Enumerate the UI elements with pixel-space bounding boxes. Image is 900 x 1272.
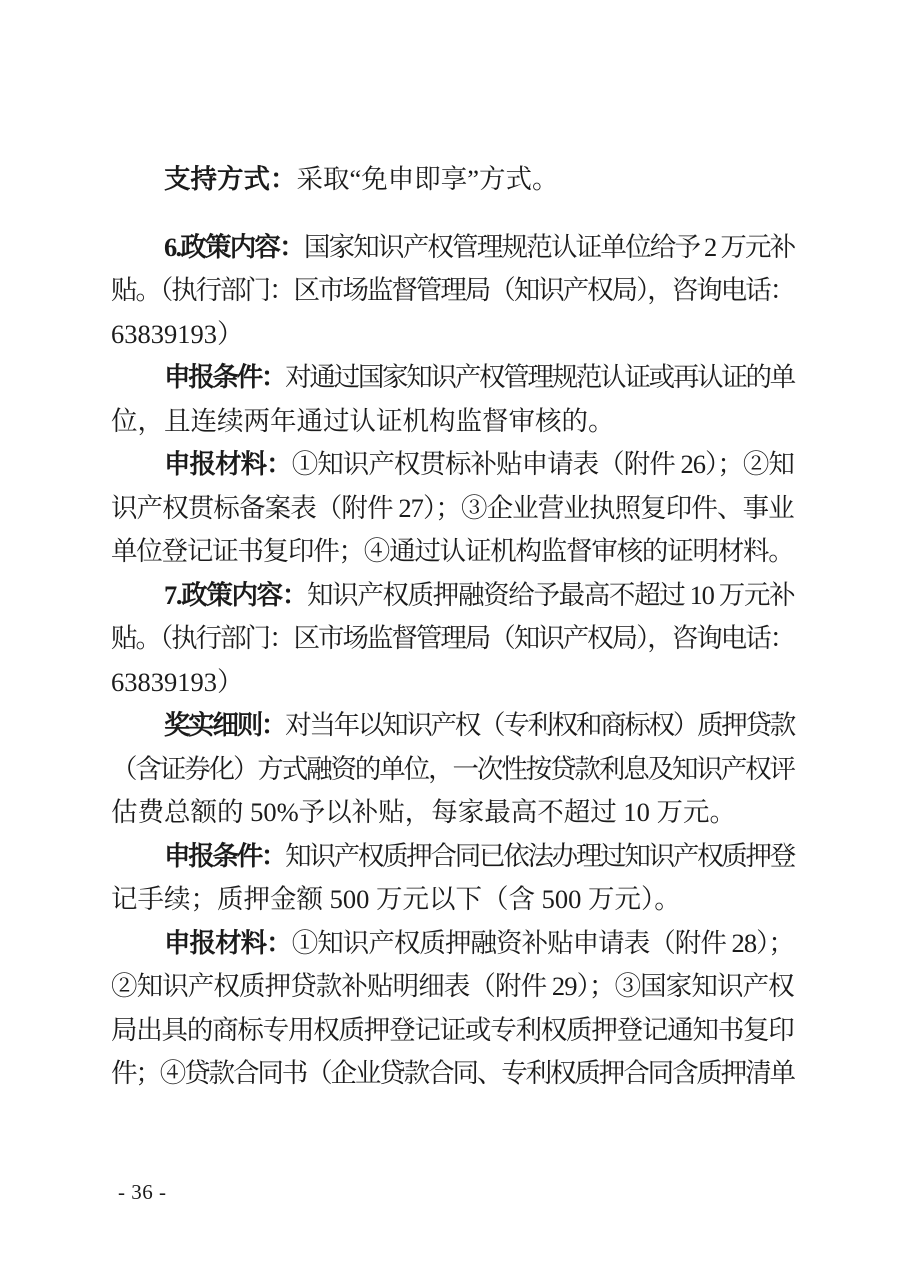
text-line: 识产权贯标备案表（附件 27）；③企业营业执照复印件、事业	[111, 487, 794, 531]
paragraph-label: 申报材料：	[164, 449, 292, 479]
paragraph-text: 贴。（执行部门：区市场监督管理局（知识产权局），咨询电话：	[111, 275, 794, 305]
text-line: 估费总额的 50%予以补贴，每家最高不超过 10 万元。	[111, 791, 794, 835]
paragraph-text: 估费总额的 50%予以补贴，每家最高不超过 10 万元。	[111, 797, 736, 827]
paragraph: 申报材料：①知识产权质押融资补贴申请表（附件 28）；②知识产权质押贷款补贴明细…	[111, 922, 794, 1096]
text-line: 单位登记证书复印件；④通过认证机构监督审核的证明材料。	[111, 530, 794, 574]
text-line: 位，且连续两年通过认证机构监督审核的。	[111, 400, 794, 444]
text-line: 贴。（执行部门：区市场监督管理局（知识产权局），咨询电话：	[111, 269, 794, 313]
paragraph-text: 国家知识产权管理规范认证单位给予 2 万元补	[304, 232, 795, 262]
page-number: - 36 -	[118, 1177, 167, 1207]
paragraph: 7.政策内容：知识产权质押融资给予最高不超过 10 万元补贴。（执行部门：区市场…	[111, 574, 794, 705]
text-line: 申报条件：知识产权质押合同已依法办理过知识产权质押登	[111, 835, 794, 879]
paragraph-text: 采取“免申即享”方式。	[297, 164, 559, 194]
text-line: 奖实细则：对当年以知识产权（专利权和商标权）质押贷款	[111, 704, 794, 748]
text-line: 局出具的商标专用权质押登记证或专利权质押登记通知书复印	[111, 1009, 794, 1053]
paragraph-text: （含证券化）方式融资的单位，一次性按贷款利息及知识产权评	[111, 754, 794, 784]
paragraph-text: ①知识产权贯标补贴申请表（附件 26）；②知	[292, 449, 794, 479]
paragraph-text: 识产权贯标备案表（附件 27）；③企业营业执照复印件、事业	[111, 493, 794, 523]
text-line: 7.政策内容：知识产权质押融资给予最高不超过 10 万元补	[111, 574, 794, 618]
text-body: 支持方式：采取“免申即享”方式。6.政策内容：国家知识产权管理规范认证单位给予 …	[111, 158, 794, 1096]
paragraph-text: ②知识产权质押贷款补贴明细表（附件 29）；③国家知识产权	[111, 971, 794, 1001]
paragraph-label: 6.政策内容：	[164, 232, 304, 262]
text-line: 申报材料：①知识产权质押融资补贴申请表（附件 28）；	[111, 922, 794, 966]
text-line: 记手续；质押金额 500 万元以下（含 500 万元）。	[111, 878, 794, 922]
paragraph-text: ①知识产权质押融资补贴申请表（附件 28）；	[292, 928, 794, 958]
text-line: 6.政策内容：国家知识产权管理规范认证单位给予 2 万元补	[111, 226, 794, 270]
paragraph: 支持方式：采取“免申即享”方式。	[111, 158, 794, 202]
document-page: 支持方式：采取“免申即享”方式。6.政策内容：国家知识产权管理规范认证单位给予 …	[0, 0, 900, 1272]
paragraph: 奖实细则：对当年以知识产权（专利权和商标权）质押贷款（含证券化）方式融资的单位，…	[111, 704, 794, 835]
paragraph-text: 知识产权质押融资给予最高不超过 10 万元补	[307, 580, 794, 610]
text-line: 件；④贷款合同书（企业贷款合同、专利权质押合同含质押清单	[111, 1052, 794, 1096]
paragraph: 申报材料：①知识产权贯标补贴申请表（附件 26）；②知识产权贯标备案表（附件 2…	[111, 443, 794, 574]
text-line: 申报条件：对通过国家知识产权管理规范认证或再认证的单	[111, 356, 794, 400]
paragraph: 6.政策内容：国家知识产权管理规范认证单位给予 2 万元补贴。（执行部门：区市场…	[111, 226, 794, 357]
text-line: （含证券化）方式融资的单位，一次性按贷款利息及知识产权评	[111, 748, 794, 792]
paragraph-label: 申报条件：	[164, 362, 285, 392]
paragraph-text: 知识产权质押合同已依法办理过知识产权质押登	[285, 841, 794, 871]
paragraph-text: 对当年以知识产权（专利权和商标权）质押贷款	[285, 710, 794, 740]
paragraph-text: 局出具的商标专用权质押登记证或专利权质押登记通知书复印	[111, 1015, 794, 1045]
paragraph-text: 对通过国家知识产权管理规范认证或再认证的单	[285, 362, 794, 392]
text-line: ②知识产权质押贷款补贴明细表（附件 29）；③国家知识产权	[111, 965, 794, 1009]
paragraph-text: 记手续；质押金额 500 万元以下（含 500 万元）。	[111, 884, 681, 914]
text-line: 63839193）	[111, 313, 794, 357]
paragraph-label: 7.政策内容：	[164, 580, 307, 610]
paragraph-label: 奖实细则：	[164, 710, 285, 740]
text-line: 63839193）	[111, 661, 794, 705]
paragraph-text: 63839193）	[111, 319, 244, 349]
paragraph-label: 申报条件：	[164, 841, 285, 871]
paragraph-text: 件；④贷款合同书（企业贷款合同、专利权质押合同含质押清单	[111, 1058, 794, 1088]
paragraph: 申报条件：对通过国家知识产权管理规范认证或再认证的单位，且连续两年通过认证机构监…	[111, 356, 794, 443]
paragraph-text: 位，且连续两年通过认证机构监督审核的。	[111, 406, 615, 436]
paragraph-label: 申报材料：	[164, 928, 292, 958]
text-line: 贴。（执行部门：区市场监督管理局（知识产权局），咨询电话：	[111, 617, 794, 661]
paragraph-text: 63839193）	[111, 667, 244, 697]
paragraph-text: 单位登记证书复印件；④通过认证机构监督审核的证明材料。	[111, 536, 794, 566]
paragraph: 申报条件：知识产权质押合同已依法办理过知识产权质押登记手续；质押金额 500 万…	[111, 835, 794, 922]
text-line: 支持方式：采取“免申即享”方式。	[111, 158, 794, 202]
paragraph-label: 支持方式：	[164, 164, 297, 194]
text-line: 申报材料：①知识产权贯标补贴申请表（附件 26）；②知	[111, 443, 794, 487]
paragraph-text: 贴。（执行部门：区市场监督管理局（知识产权局），咨询电话：	[111, 623, 794, 653]
